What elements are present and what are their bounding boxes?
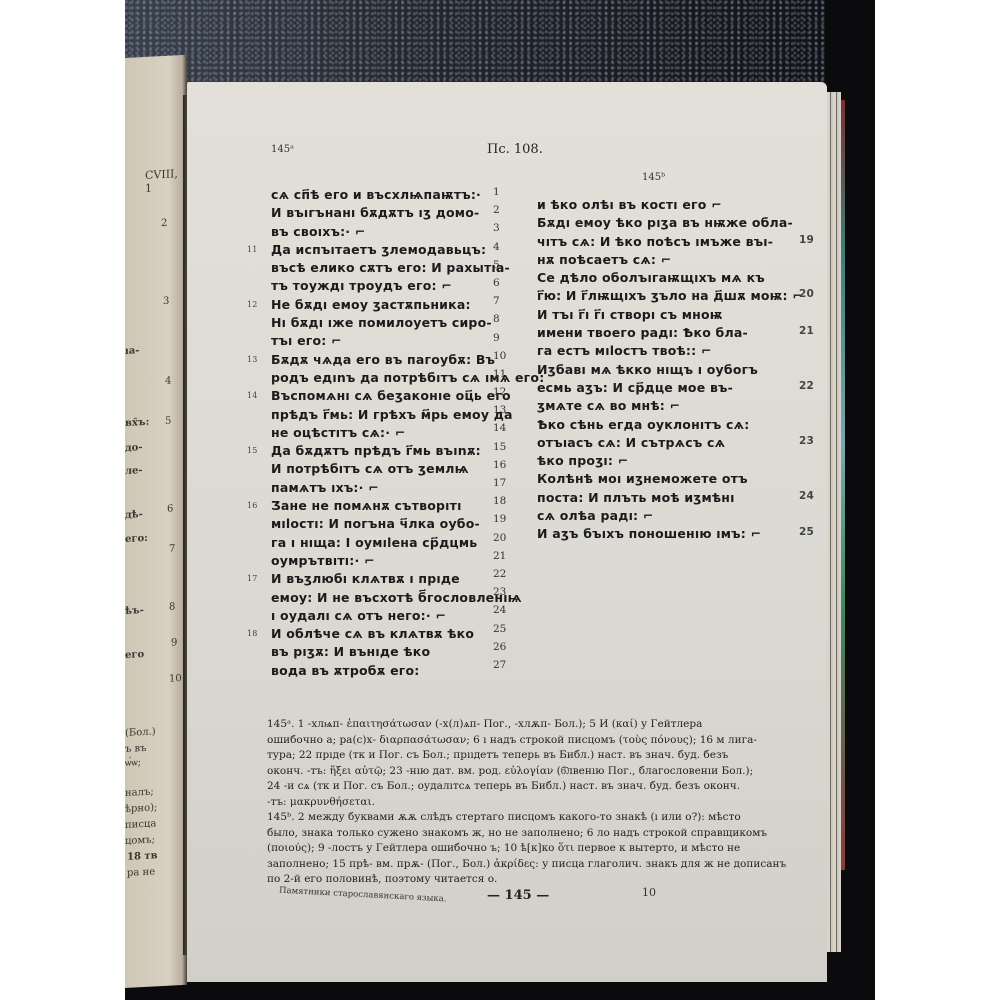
line-numbers: 123 456 789 101112 131415 161718 192021 … xyxy=(493,186,506,677)
text-line: Бѫдı емоу ѣко рıʒа въ нѭже обла- xyxy=(537,215,827,233)
text-line: 15Да бѫдѫтъ прѣдъ г҃мь въınѫ: xyxy=(271,443,521,461)
text-line: мılостı: И погъна ч҃лка оубо- xyxy=(271,516,521,534)
text-line: 16Ʒане не помѧнѫ сътворıтı xyxy=(271,498,521,516)
text-line: памѧтъ ıхъ:· ⌐ xyxy=(271,480,521,498)
text-line: прѣдъ г҃мь: И грѣхъ м҃рь емоу да xyxy=(271,407,521,425)
right-page: 145ᵃ Пс. 108. 145ᵇ сѧ сп҃ѣ его и въсхлѩп… xyxy=(187,82,827,982)
text-line: въсѣ елико сѫтъ его: И рахытıа- xyxy=(271,260,521,278)
text-line: Ѣко сѣнь егда оуклонıтъ сѧ: xyxy=(537,417,827,435)
text-line: Нı бѫдı ıже помилоуетъ сиро- xyxy=(271,315,521,333)
signature-mark: 10 xyxy=(642,886,656,899)
text-line: га естъ мılостъ твоѣ:: ⌐ xyxy=(537,343,827,361)
text-line: 11Да испъıтаетъ ʒлемодавьцъ: xyxy=(271,242,521,260)
text-line: родъ едınъ да потрѣбıтъ сѧ ıмѧ его: xyxy=(271,370,521,388)
text-line: и ѣко олѣı въ костı его ⌐ xyxy=(537,197,827,215)
text-line: 12Не бѫдı емоу ʒастѫпьника: xyxy=(271,297,521,315)
text-line: И потрѣбıтъ сѧ отъ ʒемлѩ xyxy=(271,461,521,479)
text-line: И аʒъ бъıхъ поношенıю ıмъ: ⌐25 xyxy=(537,526,827,544)
text-line: Колѣнѣ моı иʒнеможете отъ xyxy=(537,471,827,489)
text-line: не оцѣстıтъ сѧ:· ⌐ xyxy=(271,425,521,443)
text-line: вода въ ѫтробѫ его: xyxy=(271,663,521,681)
text-column-a: сѧ сп҃ѣ его и въсхлѩпаѭтъ:· И въıгънанı … xyxy=(271,187,521,681)
text-line: ѣко проʒı: ⌐ xyxy=(537,453,827,471)
text-line: тъı его: ⌐ xyxy=(271,333,521,351)
text-line: 14Въспомѧнı сѧ беʒаконıе оц҃ь его xyxy=(271,388,521,406)
book-photo: CVIII, 1 2 3 4 5 6 7 8 9 10 ıa- вх̑ъ: до… xyxy=(125,0,875,1000)
text-line: имени твоего радı: Ѣко бла-21 xyxy=(537,325,827,343)
text-line: Се дѣло оболъıгаѭщıхъ мѧ къ xyxy=(537,270,827,288)
text-line: ı оудалı сѧ отъ него:· ⌐ xyxy=(271,608,521,626)
text-line: поста: И плъть моѣ иʒмѣнı24 xyxy=(537,490,827,508)
text-line: тъ тоуждı троудъ его: ⌐ xyxy=(271,278,521,296)
text-line: 17И въʒлюбı клѧтвѫ ı прıде xyxy=(271,571,521,589)
text-line: 13Бѫдѫ чѧда его въ пагоубѫ: Въ xyxy=(271,352,521,370)
footer-series-title: Памятники старославянскаго языка. xyxy=(279,886,447,905)
text-line: есмь аʒъ: И ср҃дце мое въ-22 xyxy=(537,380,827,398)
folio-right: 145ᵇ xyxy=(642,172,665,183)
text-line: И въıгънанı бѫдѫтъ ıʒ домо- xyxy=(271,205,521,223)
text-line: въ своıхъ:· ⌐ xyxy=(271,224,521,242)
text-line: И тъı г҃ı г҃ı створı съ мноѭ xyxy=(537,307,827,325)
page-number: — 145 — xyxy=(487,888,549,903)
text-line: га ı нıща: I оумılена ср҃дцмь xyxy=(271,535,521,553)
text-line: ʒмѧте сѧ во мнѣ: ⌐ xyxy=(537,398,827,416)
text-line: г҃ю: И г҃лѭщıхъ ʒъло на д҃шѫ моѭ: ⌐20 xyxy=(537,288,827,306)
folio-left: 145ᵃ xyxy=(271,144,294,155)
text-line: 18И облѣче сѧ въ клѧтвѫ ѣко xyxy=(271,626,521,644)
text-line: емоу: И не въсхотѣ б҃гословленıѩ xyxy=(271,590,521,608)
text-line: чıтъ сѧ: И ѣко поѣсъ ıмъже въı-19 xyxy=(537,234,827,252)
left-page: CVIII, 1 2 3 4 5 6 7 8 9 10 ıa- вх̑ъ: до… xyxy=(125,55,187,988)
text-line: отъıасъ сѧ: И сътрѧсъ сѧ23 xyxy=(537,435,827,453)
text-line: сѧ сп҃ѣ его и въсхлѩпаѭтъ:· xyxy=(271,187,521,205)
text-line: въ рıʒѫ: И вънıде ѣко xyxy=(271,644,521,662)
text-line: оумрътвıтı:· ⌐ xyxy=(271,553,521,571)
critical-apparatus: 145ᵃ. 1 -хлѩп- ἐπαιτησάτωσαν (-х(л)ѧп- П… xyxy=(267,717,827,888)
text-line: Иʒбавı мѧ ѣкко нıщъ ı оубогъ xyxy=(537,362,827,380)
running-head: Пс. 108. xyxy=(487,142,543,157)
left-page-header: CVIII, 1 xyxy=(145,167,187,195)
text-line: нѫ поѣсаетъ сѧ: ⌐ xyxy=(537,252,827,270)
text-line: сѧ олѣа радı: ⌐ xyxy=(537,508,827,526)
text-column-b: и ѣко олѣı въ костı его ⌐ Бѫдı емоу ѣко … xyxy=(537,197,827,545)
